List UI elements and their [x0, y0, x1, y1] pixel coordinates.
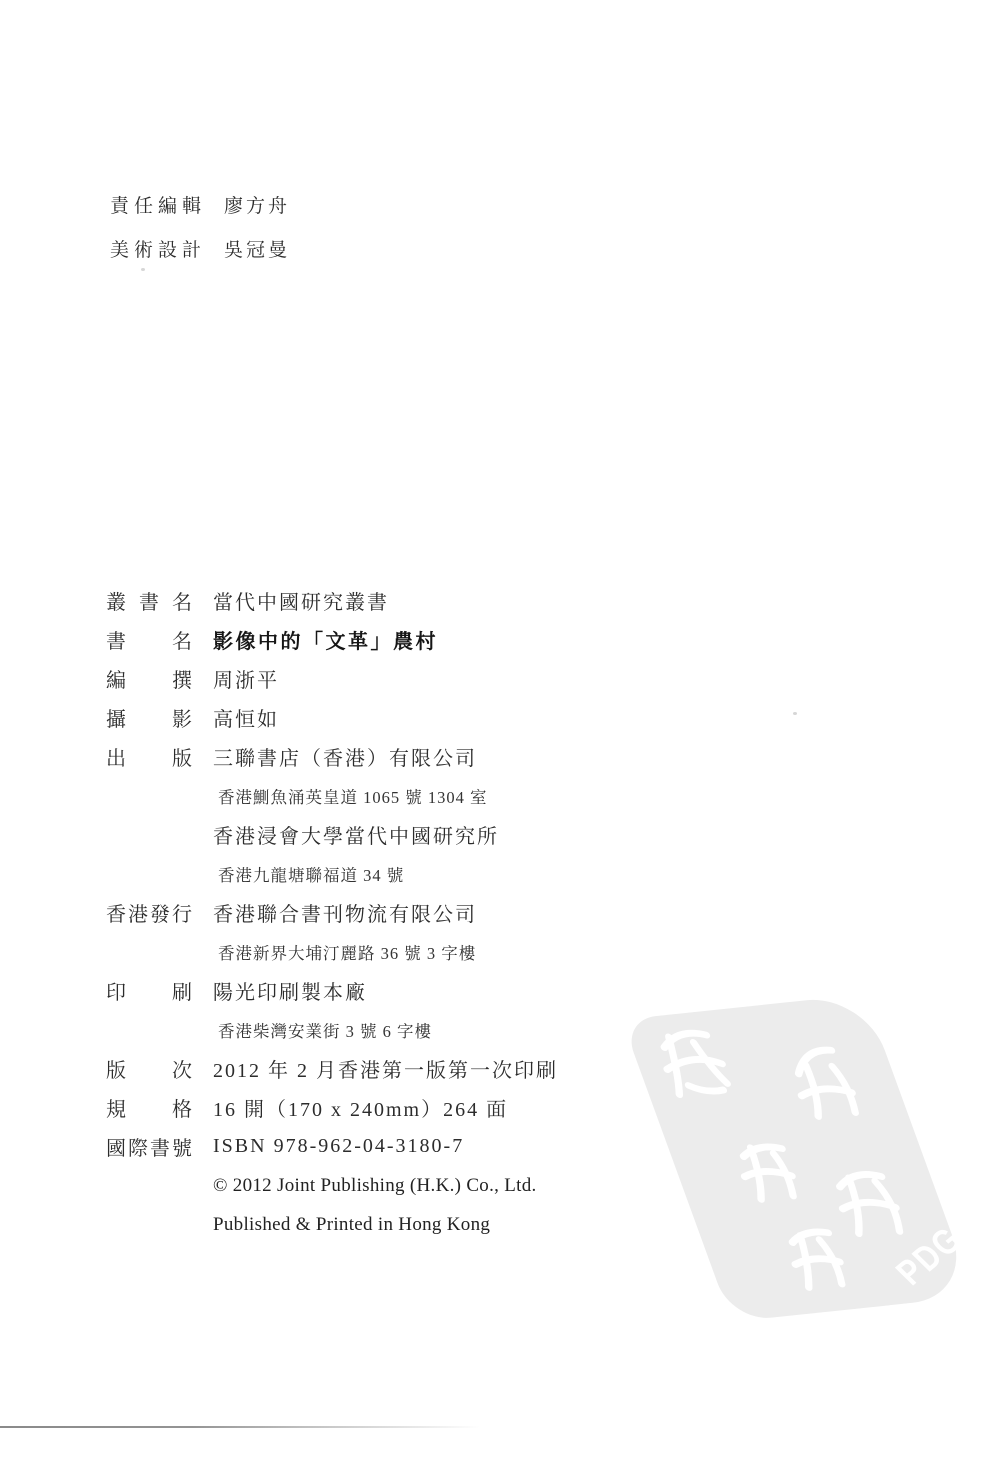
photographer-value: 高恒如	[213, 703, 279, 732]
copublisher-address: 香港九龍塘聯福道 34 號	[218, 862, 404, 886]
art-design-value: 吳冠曼	[224, 235, 290, 262]
series-name-label: 叢書名	[106, 586, 192, 615]
compiler-row: 編撰 周浙平	[106, 659, 558, 698]
responsible-editor-value: 廖方舟	[224, 191, 290, 218]
format-value: 16 開（170 x 240mm）264 面	[213, 1093, 508, 1122]
printed-line: Published & Printed in Hong Kong	[213, 1214, 490, 1236]
edition-label: 版次	[106, 1054, 192, 1083]
format-label: 規格	[106, 1093, 192, 1122]
publisher-label: 出版	[106, 742, 192, 771]
scan-speck	[141, 268, 145, 271]
edition-value: 2012 年 2 月香港第一版第一次印刷	[213, 1054, 558, 1083]
printer-row: 印刷 陽光印刷製本廠	[106, 971, 558, 1010]
isbn-value: ISBN 978-962-04-3180-7	[213, 1135, 464, 1158]
distributor-label: 香港發行	[106, 898, 192, 927]
art-design-row: 美術設計 吳冠曼	[110, 226, 290, 270]
distributor-address: 香港新界大埔汀麗路 36 號 3 字樓	[218, 940, 476, 964]
publisher-value: 三聯書店（香港）有限公司	[213, 742, 477, 771]
book-title-row: 書名 影像中的「文革」農村	[106, 620, 558, 659]
format-row: 規格 16 開（170 x 240mm）264 面	[106, 1088, 558, 1127]
printer-address: 香港柴灣安業街 3 號 6 字樓	[218, 1018, 432, 1042]
isbn-row: 國際書號 ISBN 978-962-04-3180-7	[106, 1127, 558, 1166]
printed-in-row: Published & Printed in Hong Kong	[106, 1205, 558, 1244]
copublisher-row: 香港浸會大學當代中國研究所	[106, 815, 558, 854]
printer-value: 陽光印刷製本廠	[213, 976, 367, 1005]
copyright-row: © 2012 Joint Publishing (H.K.) Co., Ltd.	[106, 1166, 558, 1205]
copublisher-value: 香港浸會大學當代中國研究所	[213, 820, 499, 849]
distributor-value: 香港聯合書刊物流有限公司	[213, 898, 477, 927]
art-design-label: 美術設計	[110, 235, 206, 262]
publisher-row: 出版 三聯書店（香港）有限公司	[106, 737, 558, 776]
publisher-address-row: 香港鰂魚涌英皇道 1065 號 1304 室	[106, 776, 558, 815]
responsible-editor-label: 責任編輯	[110, 191, 206, 218]
distributor-row: 香港發行 香港聯合書刊物流有限公司	[106, 893, 558, 932]
scan-speck	[793, 712, 797, 715]
compiler-value: 周浙平	[213, 664, 279, 693]
series-name-value: 當代中國研究叢書	[213, 586, 389, 615]
distributor-address-row: 香港新界大埔汀麗路 36 號 3 字樓	[106, 932, 558, 971]
series-name-row: 叢書名 當代中國研究叢書	[106, 581, 558, 620]
copublisher-address-row: 香港九龍塘聯福道 34 號	[106, 854, 558, 893]
colophon-block: 叢書名 當代中國研究叢書 書名 影像中的「文革」農村 編撰 周浙平 攝影 高恒如…	[106, 581, 558, 1244]
printer-address-row: 香港柴灣安業街 3 號 6 字樓	[106, 1010, 558, 1049]
printer-label: 印刷	[106, 976, 192, 1005]
editors-block: 責任編輯 廖方舟 美術設計 吳冠曼	[110, 182, 290, 270]
book-title-label: 書名	[106, 625, 192, 654]
edition-row: 版次 2012 年 2 月香港第一版第一次印刷	[106, 1049, 558, 1088]
photographer-label: 攝影	[106, 703, 192, 732]
publisher-address: 香港鰂魚涌英皇道 1065 號 1304 室	[218, 784, 488, 808]
colophon-page: 責任編輯 廖方舟 美術設計 吳冠曼 叢書名 當代中國研究叢書 書名 影像中的「文…	[0, 0, 982, 1464]
copyright-line: © 2012 Joint Publishing (H.K.) Co., Ltd.	[213, 1175, 537, 1197]
compiler-label: 編撰	[106, 664, 192, 693]
library-watermark-stamp: PDG	[622, 994, 975, 1322]
responsible-editor-row: 責任編輯 廖方舟	[110, 182, 290, 226]
isbn-label: 國際書號	[106, 1132, 192, 1161]
photographer-row: 攝影 高恒如	[106, 698, 558, 737]
scan-artifact-line	[0, 1426, 480, 1428]
book-title-value: 影像中的「文革」農村	[213, 625, 438, 654]
